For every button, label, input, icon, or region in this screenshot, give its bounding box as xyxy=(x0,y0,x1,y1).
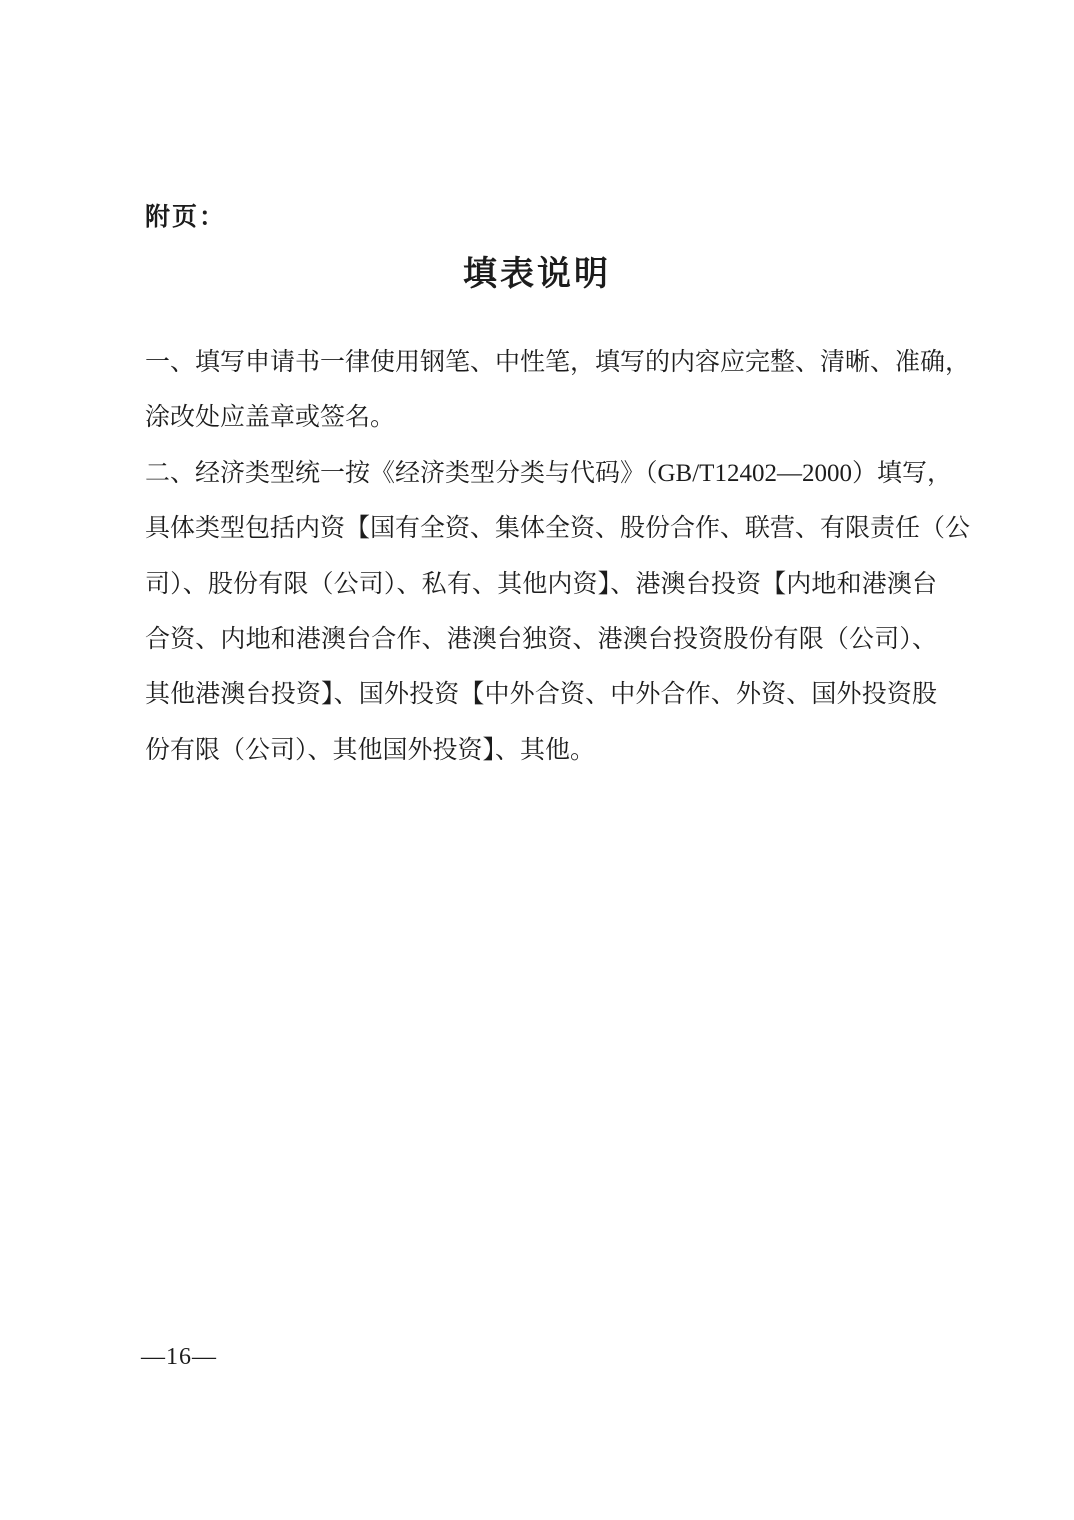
document-page: 附页： 填表说明 一、填写申请书一律使用钢笔、中性笔，填写的内容应完整、清晰、准… xyxy=(0,0,1074,1520)
body-line: 具体类型包括内资【国有全资、集体全资、股份合作、联营、有限责任（公 xyxy=(145,501,937,556)
body-text: 一、填写申请书一律使用钢笔、中性笔，填写的内容应完整、清晰、准确， 涂改处应盖章… xyxy=(145,335,937,778)
paragraph: 二、经济类型统一按《经济类型分类与代码》（GB/T12402—2000）填写， … xyxy=(145,446,937,778)
body-line: 份有限（公司）、其他国外投资】、其他。 xyxy=(145,723,937,778)
attachment-page-label: 附页： xyxy=(145,197,226,233)
body-line: 其他港澳台投资】、国外投资【中外合资、中外合作、外资、国外投资股 xyxy=(145,667,937,722)
body-line: 涂改处应盖章或签名。 xyxy=(145,390,937,445)
body-line: 一、填写申请书一律使用钢笔、中性笔，填写的内容应完整、清晰、准确， xyxy=(145,335,937,390)
body-line: 合资、内地和港澳台合作、港澳台独资、港澳台投资股份有限（公司）、 xyxy=(145,612,937,667)
page-title: 填表说明 xyxy=(0,246,1074,295)
body-line: 司）、股份有限（公司）、私有、其他内资】、港澳台投资【内地和港澳台 xyxy=(145,557,937,612)
paragraph: 一、填写申请书一律使用钢笔、中性笔，填写的内容应完整、清晰、准确， 涂改处应盖章… xyxy=(145,335,937,446)
page-number: —16— xyxy=(141,1344,217,1371)
body-line: 二、经济类型统一按《经济类型分类与代码》（GB/T12402—2000）填写， xyxy=(145,446,937,501)
